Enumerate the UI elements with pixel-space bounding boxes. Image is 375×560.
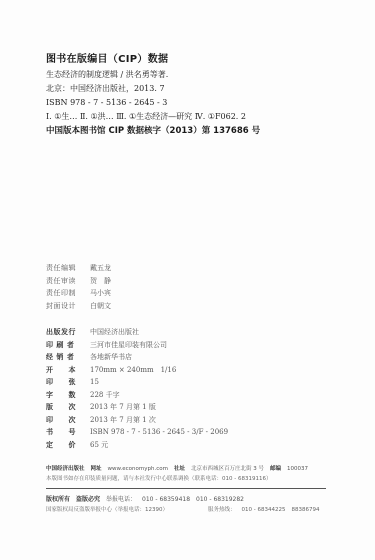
- pub-row: 出版发行中国经济出版社: [46, 326, 228, 339]
- pub-row: 经 销 者各地新华书店: [46, 351, 228, 364]
- pub-value: ISBN 978 - 7 - 5136 - 2645 - 3/F - 2069: [90, 428, 228, 436]
- pub-value: 2013 年 7 月第 1 版: [90, 403, 156, 411]
- pub-key: 印 次: [46, 414, 90, 427]
- pub-key: 印 张: [46, 376, 90, 389]
- staff-key: 责任印制: [46, 287, 90, 300]
- postcode-label: 邮编: [270, 466, 281, 472]
- staff-row: 责任编辑戴五龙: [46, 262, 111, 275]
- cip-title: 图书在版编目（CIP）数据: [46, 52, 346, 68]
- staff-row: 责任印制马小宾: [46, 287, 111, 300]
- service-phone-2: 88386794: [292, 507, 320, 513]
- pub-value: 65 元: [90, 441, 108, 449]
- pub-row: 印 刷 者三河市佳星印装有限公司: [46, 339, 228, 352]
- pub-value: 2013 年 7 月第 1 次: [90, 416, 156, 424]
- pub-value: 15: [90, 378, 99, 386]
- address-label: 社址: [174, 466, 185, 472]
- pub-key: 开 本: [46, 364, 90, 377]
- address: 北京市西城区百万庄北街 3 号: [191, 466, 264, 472]
- staff-credits: 责任编辑戴五龙 责任审读贺 静 责任印制马小宾 封面设计白朝文: [46, 262, 111, 312]
- pub-value: 228 千字: [90, 391, 120, 399]
- publisher-contact-line: 中国经济出版社网址www.economyph.com社址北京市西城区百万庄北街 …: [46, 464, 336, 474]
- publisher-name: 中国经济出版社: [46, 466, 85, 472]
- footer-divider: [46, 488, 326, 489]
- report-phone-2: 010 - 68319282: [196, 496, 244, 503]
- service-label: 服务热线：: [208, 507, 236, 513]
- pub-key: 版 次: [46, 401, 90, 414]
- cip-line-publisher: 北京：中国经济出版社，2013. 7: [46, 82, 346, 96]
- staff-value: 贺 静: [90, 277, 111, 285]
- rights-label: 版权所有: [46, 496, 70, 503]
- cip-line-title: 生态经济的制度逻辑 / 洪名勇等著.: [46, 68, 346, 82]
- pub-key: 书 号: [46, 426, 90, 439]
- pub-row: 定 价65 元: [46, 439, 228, 452]
- staff-key: 责任编辑: [46, 262, 90, 275]
- pub-key: 经 销 者: [46, 351, 90, 364]
- pub-row: 开 本170mm × 240mm 1/16: [46, 364, 228, 377]
- staff-key: 封面设计: [46, 300, 90, 313]
- anti-piracy-line: 国家版权局反盗版举报中心（举报电话：12390）服务热线：010 - 68344…: [46, 505, 336, 515]
- report-phone-1: 010 - 68359418: [142, 496, 190, 503]
- staff-value: 白朝文: [90, 302, 111, 310]
- cip-line-classification: Ⅰ. ①生… Ⅱ. ①洪… Ⅲ. ①生态经济—研究 Ⅳ. ①F062. 2: [46, 110, 346, 124]
- anti-piracy-phone: 12390）: [145, 507, 168, 513]
- postcode: 100037: [287, 466, 308, 472]
- publisher-footer: 中国经济出版社网址www.economyph.com社址北京市西城区百万庄北街 …: [46, 464, 336, 515]
- staff-key: 责任审读: [46, 275, 90, 288]
- pub-key: 定 价: [46, 439, 90, 452]
- cip-approval-number: 中国版本图书馆 CIP 数据核字（2013）第 137686 号: [46, 124, 346, 138]
- publication-info: 出版发行中国经济出版社 印 刷 者三河市佳星印装有限公司 经 销 者各地新华书店…: [46, 326, 228, 451]
- pub-value: 170mm × 240mm 1/16: [90, 366, 176, 374]
- quality-notice: 本版图书如存在印装质量问题，请与本社发行中心联系调换（联系电话：010 - 68…: [46, 474, 336, 484]
- staff-value: 戴五龙: [90, 264, 111, 272]
- pub-key: 出版发行: [46, 326, 90, 339]
- pub-key: 印 刷 者: [46, 339, 90, 352]
- pub-row: 版 次2013 年 7 月第 1 版: [46, 401, 228, 414]
- report-phone-label: 举报电话：: [106, 496, 136, 503]
- cip-block: 图书在版编目（CIP）数据 生态经济的制度逻辑 / 洪名勇等著. 北京：中国经济…: [46, 52, 346, 138]
- website: www.economyph.com: [108, 466, 168, 472]
- website-label: 网址: [91, 466, 102, 472]
- pub-row: 字 数228 千字: [46, 389, 228, 402]
- copyright-line: 版权所有盗版必究举报电话：010 - 68359418010 - 6831928…: [46, 494, 336, 505]
- pub-value: 中国经济出版社: [90, 328, 139, 336]
- staff-value: 马小宾: [90, 289, 111, 297]
- service-phone-1: 010 - 68344225: [242, 507, 286, 513]
- piracy-label: 盗版必究: [76, 496, 100, 503]
- pub-row: 印 张15: [46, 376, 228, 389]
- pub-row: 书 号ISBN 978 - 7 - 5136 - 2645 - 3/F - 20…: [46, 426, 228, 439]
- staff-row: 责任审读贺 静: [46, 275, 111, 288]
- staff-row: 封面设计白朝文: [46, 300, 111, 313]
- pub-key: 字 数: [46, 389, 90, 402]
- pub-value: 三河市佳星印装有限公司: [90, 341, 167, 349]
- pub-row: 印 次2013 年 7 月第 1 次: [46, 414, 228, 427]
- cip-line-isbn: ISBN 978 - 7 - 5136 - 2645 - 3: [46, 96, 346, 110]
- pub-value: 各地新华书店: [90, 353, 132, 361]
- anti-piracy-unit: 国家版权局反盗版举报中心（举报电话：: [46, 507, 145, 513]
